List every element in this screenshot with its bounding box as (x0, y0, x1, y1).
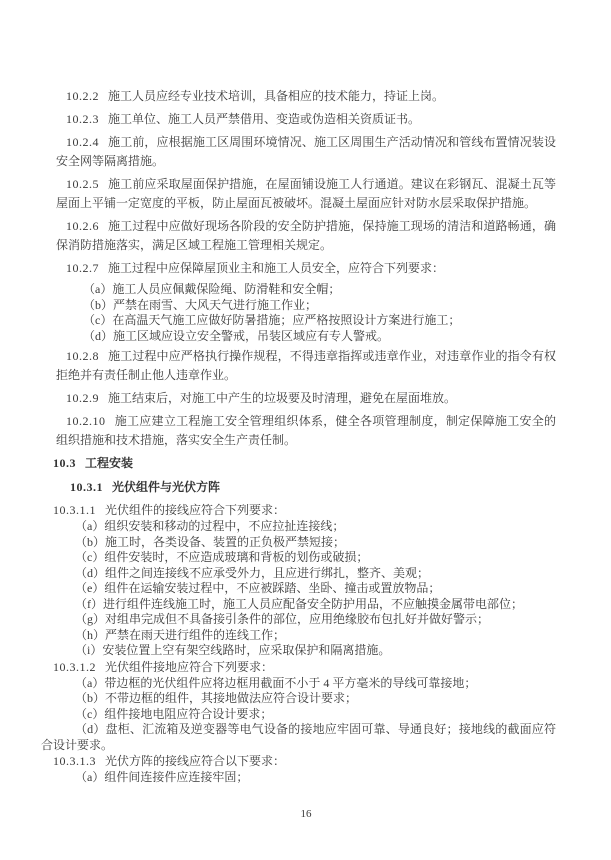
clause-10-2-7: 10.2.7施工过程中应保障屋顶业主和施工人员安全，应符合下列要求： (56, 259, 556, 278)
clause-10-2-6: 10.2.6施工过程中应做好现场各阶段的安全防护措施，保持施工现场的清洁和道路畅… (56, 217, 556, 255)
clause-10-2-9: 10.2.9施工结束后，对施工中产生的垃圾要及时清理，避免在屋面堆放。 (56, 389, 556, 408)
clause-number: 10.3.1.3 (53, 754, 105, 768)
list-item: （c）组件接地电阻应符合设计要求； (41, 707, 556, 723)
list-item: （d）组件之间连接线不应承受外力，且应进行绑扎，整齐、美观； (41, 566, 556, 582)
clause-10-3-1-3: 10.3.1.3光伏方阵的接线应符合以下要求： (41, 753, 556, 770)
clause-text: 施工结束后，对施工中产生的垃圾要及时清理，避免在屋面堆放。 (108, 391, 456, 405)
clause-text: 光伏组件的接线应符合下列要求： (105, 503, 285, 517)
document-page: 10.2.2施工人员应经专业技术培训，具备相应的技术能力，持证上岗。 10.2.… (0, 0, 611, 860)
heading-text: 工程安装 (85, 456, 133, 470)
clause-10-2-3: 10.2.3施工单位、施工人员严禁借用、变造或伪造相关资质证书。 (56, 110, 556, 129)
clause-number: 10.2.7 (66, 261, 108, 275)
clause-number: 10.2.5 (66, 177, 108, 191)
list-item: （b）不带边框的组件，其接地做法应符合设计要求； (41, 691, 556, 707)
clause-text: 施工前，应根据施工区周围环境情况、施工区周围生产活动情况和管线布置情况装设安全网… (56, 135, 556, 168)
clause-text: 光伏组件接地应符合下列要求： (105, 660, 273, 674)
clause-number: 10.2.10 (66, 414, 115, 428)
clause-10-2-2: 10.2.2施工人员应经专业技术培训，具备相应的技术能力，持证上岗。 (56, 87, 556, 106)
list-item: （a）组织安装和移动的过程中，不应拉扯连接线； (41, 519, 556, 535)
clause-10-2-7-items: （a）施工人员应佩戴保险绳、防滑鞋和安全帽； （b）严禁在雨雪、大风天气进行施工… (56, 282, 556, 344)
list-item: （a）组件间连接件应连接牢固； (41, 770, 556, 786)
list-item: （i）安装位置上空有架空线路时，应采取保护和隔离措施。 (41, 643, 556, 659)
clause-number: 10.2.2 (66, 89, 108, 103)
list-item: （a）带边框的光伏组件应将边框用截面不小于 4 平方毫米的导线可靠接地； (41, 676, 556, 692)
clause-text: 施工过程中应做好现场各阶段的安全防护措施，保持施工现场的清洁和道路畅通，确保消防… (56, 219, 556, 252)
list-item: （g）对组串完成但不具备接引条件的部位，应用绝缘胶布包扎好并做好警示； (41, 612, 556, 628)
heading-number: 10.3 (53, 456, 85, 470)
clause-10-2-4: 10.2.4施工前，应根据施工区周围环境情况、施工区周围生产活动情况和管线布置情… (56, 133, 556, 171)
list-item: （a）施工人员应佩戴保险绳、防滑鞋和安全帽； (83, 282, 556, 298)
clause-10-3-1-2: 10.3.1.2光伏组件接地应符合下列要求： (41, 659, 556, 676)
clause-text: 施工过程中应严格执行操作规程，不得违章指挥或违章作业，对违章作业的指令有权拒绝并… (56, 349, 556, 382)
clause-number: 10.2.6 (66, 219, 108, 233)
clause-text: 施工单位、施工人员严禁借用、变造或伪造相关资质证书。 (108, 112, 420, 126)
clause-10-2-10: 10.2.10施工应建立工程施工安全管理组织体系，健全各项管理制度，制定保障施工… (56, 412, 556, 450)
list-item: （b）严禁在雨雪、大风天气进行施工作业； (83, 298, 556, 314)
clause-number: 10.2.4 (66, 135, 108, 149)
clause-number: 10.2.8 (66, 349, 108, 363)
list-item: （d）施工区域应设立安全警戒，吊装区域应有专人警戒。 (83, 329, 556, 345)
list-item: （h）严禁在雨天进行组件的连线工作； (41, 628, 556, 644)
clause-text: 施工应建立工程施工安全管理组织体系，健全各项管理制度，制定保障施工安全的组织措施… (56, 414, 556, 447)
clause-10-2-8: 10.2.8施工过程中应严格执行操作规程，不得违章指挥或违章作业，对违章作业的指… (56, 347, 556, 385)
list-item: （b）施工时，各类设备、装置的正负极严禁短接； (41, 535, 556, 551)
list-item: （d）盘柜、汇流箱及逆变器等电气设备的接地应牢固可靠、导通良好；接地线的截面应符… (41, 722, 556, 753)
clause-number: 10.3.1.2 (53, 660, 105, 674)
list-item: （e）组件在运输安装过程中，不应被踩踏、坐卧、撞击或置放物品； (41, 581, 556, 597)
section-heading-10-3: 10.3工程安装 (53, 454, 556, 473)
page-number: 16 (56, 807, 556, 822)
section-heading-10-3-1: 10.3.1光伏组件与光伏方阵 (70, 478, 556, 497)
clause-number: 10.2.9 (66, 391, 108, 405)
clause-text: 施工过程中应保障屋顶业主和施工人员安全，应符合下列要求： (108, 261, 444, 275)
heading-text: 光伏组件与光伏方阵 (112, 480, 220, 494)
clause-number: 10.3.1.1 (53, 503, 105, 517)
list-item: （c）在高温天气施工应做好防暑措施；应严格按照设计方案进行施工； (83, 313, 556, 329)
heading-number: 10.3.1 (70, 480, 112, 494)
clause-number: 10.2.3 (66, 112, 108, 126)
list-item: （c）组件安装时，不应造成玻璃和背板的划伤或破损； (41, 550, 556, 566)
clause-10-3-1-1: 10.3.1.1光伏组件的接线应符合下列要求： (41, 502, 556, 519)
clause-text: 施工人员应经专业技术培训，具备相应的技术能力，持证上岗。 (108, 89, 444, 103)
clause-10-2-5: 10.2.5施工前应采取屋面保护措施，在屋面铺设施工人行通道。建议在彩钢瓦、混凝… (56, 175, 556, 213)
list-item: （f）进行组件连线施工时，施工人员应配备安全防护用品，不应触摸金属带电部位； (41, 597, 556, 613)
clause-text: 光伏方阵的接线应符合以下要求： (105, 754, 285, 768)
clause-text: 施工前应采取屋面保护措施，在屋面铺设施工人行通道。建议在彩钢瓦、混凝土瓦等屋面上… (56, 177, 556, 210)
